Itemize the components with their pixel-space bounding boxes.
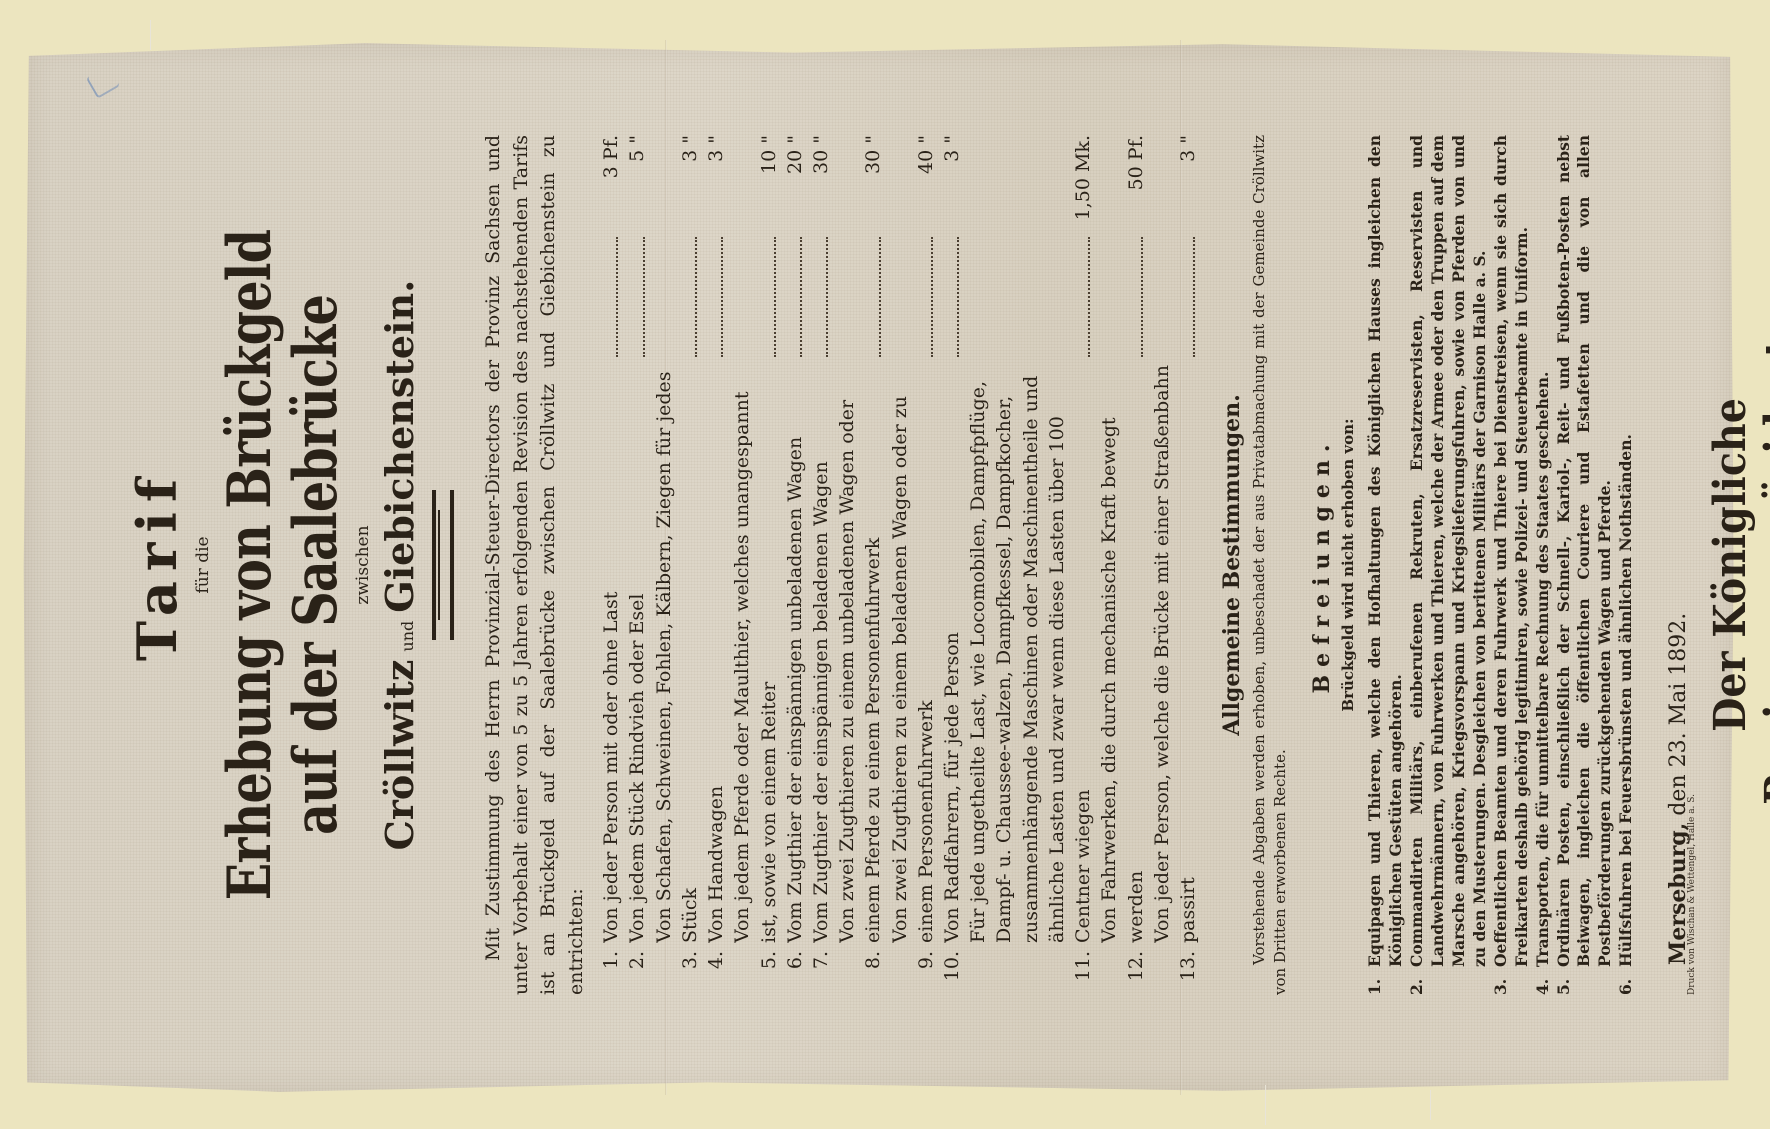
leader-dots [1088, 237, 1090, 357]
exemption-text: Equipagen und Thieren, welche den Hofhal… [1365, 135, 1407, 967]
tariff-item: 6.Vom Zugthier der einspännigen unbelade… [782, 135, 808, 995]
exemption-number: 3. [1491, 967, 1533, 995]
exemption-text: Hülfsfuhren bei Feuersbrünsten und ähnli… [1616, 135, 1637, 967]
tariff-item-number: 3. [677, 943, 703, 995]
exemption-item: 4.Transporten, die für unmittelbare Rech… [1533, 135, 1554, 995]
tariff-notice: Tarif für die Erhebung von Brückgeld auf… [65, 65, 1705, 1065]
tariff-item-price: 40 " [913, 135, 939, 225]
exemption-text: Transporten, die für unmittelbare Rechnu… [1533, 135, 1554, 967]
tariff-item-number: 10. [939, 943, 965, 995]
tariff-item-text: Von Schafen, Schweinen, Fohlen, Kälbern,… [651, 363, 703, 943]
place-a: Cröllwitz [377, 659, 422, 850]
tariff-item-number: 8. [860, 943, 886, 995]
leader-dots [800, 237, 802, 357]
leader-dots [1141, 237, 1143, 357]
exemption-text: Commandirten Militärs, einberufenen Rekr… [1407, 135, 1491, 967]
tariff-item-number: 13. [1175, 943, 1201, 995]
tariff-item-text: Von jeder Person, welche die Brücke mit … [1149, 363, 1201, 943]
loose-thread [1430, 1090, 1431, 1120]
tariff-list: 1.Von jeder Person mit oder ohne Last3 P… [598, 135, 1201, 995]
tariff-item: 4.Von Handwagen3 " [703, 135, 729, 995]
leader-dots [1193, 237, 1195, 357]
exemptions-heading: Befreiungen. [1309, 135, 1335, 995]
exemption-number: 6. [1616, 967, 1637, 995]
tariff-item-number: 6. [782, 943, 808, 995]
tariff-item-text: Vom Zugthier der einspännigen beladenen … [808, 363, 834, 943]
tariff-item-number: 2. [624, 943, 650, 995]
tariff-item-price: 30 " [808, 135, 834, 225]
exemption-number: 4. [1533, 967, 1554, 995]
loose-thread [1265, 1085, 1266, 1125]
tariff-item: 8.Von zwei Zugthieren zu einem unbeladen… [834, 135, 886, 995]
divider-rule [432, 490, 436, 640]
and-label: und [398, 620, 417, 651]
tariff-item-price: 3 Pf. [598, 135, 624, 225]
leader-dots [721, 237, 723, 357]
general-provisions-text: Vorstehende Abgaben werden erhoben, unbe… [1249, 135, 1291, 995]
exemption-number: 1. [1365, 967, 1407, 995]
exemption-item: 3.Oeffentlichen Beamten und deren Fuhrwe… [1491, 135, 1533, 995]
leader-dots [774, 237, 776, 357]
leader-dots [616, 237, 618, 357]
tariff-item: 7.Vom Zugthier der einspännigen beladene… [808, 135, 834, 995]
for-the-label: für die [193, 135, 213, 995]
tariff-item: 5.Von jedem Pferde oder Maulthier, welch… [729, 135, 781, 995]
tariff-item-text: Von Handwagen [703, 363, 729, 943]
tariff-item-number: 7. [808, 943, 834, 995]
exemption-number: 2. [1407, 967, 1491, 995]
tariff-item-number: 4. [703, 943, 729, 995]
tariff-item-text: Von zwei Zugthieren zu einem unbeladenen… [834, 363, 886, 943]
tariff-item: 11.Für jede ungetheilte Last, wie Locomo… [965, 135, 1096, 995]
tariff-item-text: Von Fahrwerken, die durch mechanische Kr… [1096, 363, 1148, 943]
tariff-item-price: 3 " [677, 135, 703, 225]
places-line: CröllwitzundGiebichenstein. [377, 135, 422, 995]
leader-dots [879, 237, 881, 357]
tariff-item: 9.Von zwei Zugthieren zu einem beladenen… [887, 135, 939, 995]
tariff-item-text: Für jede ungetheilte Last, wie Locomobil… [965, 363, 1096, 943]
exemption-item: 1.Equipagen und Thieren, welche den Hofh… [1365, 135, 1407, 995]
leader-dots [695, 237, 697, 357]
tariff-item-number: 5. [756, 943, 782, 995]
exemptions-list: 1.Equipagen und Thieren, welche den Hofh… [1365, 135, 1637, 995]
divider-rule [438, 510, 440, 620]
tariff-item: 1.Von jeder Person mit oder ohne Last3 P… [598, 135, 624, 995]
header-block: Tarif für die Erhebung von Brückgeld auf… [125, 135, 454, 995]
printer-imprint: Druck von Wischan & Wettengel, Halle a. … [1687, 794, 1697, 995]
exemption-item: 2.Commandirten Militärs, einberufenen Re… [1407, 135, 1491, 995]
tariff-item-price: 1,50 Mk. [1070, 135, 1096, 225]
exemption-text: Oeffentlichen Beamten und deren Fuhrwerk… [1491, 135, 1533, 967]
tariff-item: 10.Von Radfahrern, für jede Person3 " [939, 135, 965, 995]
tariff-item-text: Von jedem Pferde oder Maulthier, welches… [729, 363, 781, 943]
tariff-item-text: Von jedem Stück Rindvieh oder Esel [624, 363, 650, 943]
date-text: den 23. Mai 1892. [1666, 612, 1691, 815]
tariff-item-number: 12. [1123, 943, 1149, 995]
tariff-item: 3.Von Schafen, Schweinen, Fohlen, Kälber… [651, 135, 703, 995]
tariff-item-number: 1. [598, 943, 624, 995]
leader-dots [643, 237, 645, 357]
general-provisions-heading: Allgemeine Bestimmungen. [1219, 135, 1245, 995]
tariff-item-text: Von Radfahrern, für jede Person [939, 363, 965, 943]
tariff-item-number: 9. [913, 943, 939, 995]
exemption-number: 5. [1554, 967, 1617, 995]
intro-paragraph: Mit Zustimmung des Herrn Provinzial-Steu… [480, 135, 590, 995]
between-label: zwischen [353, 135, 373, 995]
exemptions-intro: Brückgeld wird nicht erhoben von: [1339, 135, 1357, 995]
exemption-item: 5.Ordinären Posten, einschließlich der S… [1554, 135, 1617, 995]
tariff-item-price: 20 " [782, 135, 808, 225]
exemption-text: Ordinären Posten, einschließlich der Sch… [1554, 135, 1617, 967]
tariff-item-text: Von zwei Zugthieren zu einem beladenen W… [887, 363, 939, 943]
tariff-item-price: 3 " [703, 135, 729, 225]
tariff-item-price: 5 " [624, 135, 650, 225]
tariff-item-price: 3 " [1175, 135, 1201, 225]
notice-headline: Erhebung von Brückgeld auf der Saalebrüc… [217, 212, 349, 917]
tariff-item-price: 3 " [939, 135, 965, 225]
issuing-authority: Der Königliche Regierungspräsident. [1705, 178, 1770, 952]
tariff-item-number: 11. [1070, 943, 1096, 995]
tariff-item-text: Vom Zugthier der einspännigen unbeladene… [782, 363, 808, 943]
notice-title: Tarif [125, 135, 189, 995]
tariff-item-text: Von jeder Person mit oder ohne Last [598, 363, 624, 943]
tariff-item-price: 30 " [860, 135, 886, 225]
tariff-item-price: 50 Pf. [1123, 135, 1149, 225]
tariff-item: 12.Von Fahrwerken, die durch mechanische… [1096, 135, 1148, 995]
tariff-item-price: 10 " [756, 135, 782, 225]
divider-rule [450, 490, 454, 640]
tariff-item: 2.Von jedem Stück Rindvieh oder Esel5 " [624, 135, 650, 995]
exemption-item: 6.Hülfsfuhren bei Feuersbrünsten und ähn… [1616, 135, 1637, 995]
leader-dots [957, 237, 959, 357]
tariff-item: 13.Von jeder Person, welche die Brücke m… [1149, 135, 1201, 995]
leader-dots [826, 237, 828, 357]
leader-dots [931, 237, 933, 357]
loose-thread [150, 20, 151, 50]
place-b: Giebichenstein. [377, 279, 422, 612]
